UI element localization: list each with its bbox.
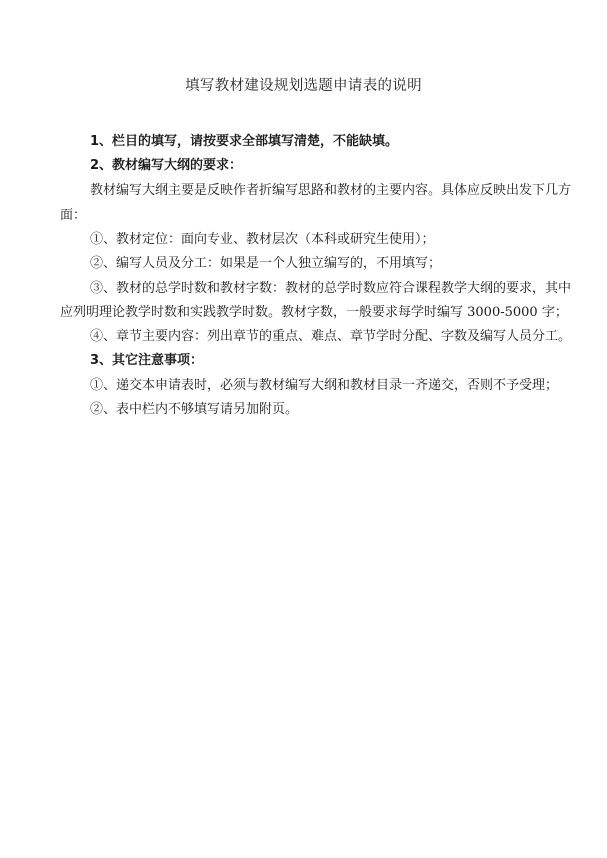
section-2-item-1: ①、教材定位：面向专业、教材层次（本科或研究生使用）； bbox=[90, 232, 435, 248]
page-title: 填写教材建设规划选题申请表的说明 bbox=[0, 74, 607, 95]
section-1-heading: 1、栏目的填写，请按要求全部填写清楚，不能缺填。 bbox=[90, 134, 398, 150]
section-2-intro-cont: 面： bbox=[60, 208, 86, 224]
section-2-item-3: ③、教材的总学时数和教材字数：教材的总学时数应符合课程教学大纲的要求，其中 bbox=[90, 281, 571, 297]
section-2-item-4: ④、章节主要内容：列出章节的重点、难点、章节学时分配、字数及编写人员分工。 bbox=[90, 329, 571, 345]
section-3-heading: 3、其它注意事项： bbox=[90, 353, 203, 369]
document-page: 填写教材建设规划选题申请表的说明 1、栏目的填写，请按要求全部填写清楚，不能缺填… bbox=[0, 0, 607, 858]
section-3-item-2: ②、表中栏内不够填写请另加附页。 bbox=[90, 402, 298, 418]
section-3-item-1: ①、递交本申请表时，必须与教材编写大纲和教材目录一齐递交，否则不予受理； bbox=[90, 378, 558, 394]
section-2-heading: 2、教材编写大纲的要求： bbox=[90, 158, 242, 174]
section-2-item-2: ②、编写人员及分工：如果是一个人独立编写的，不用填写； bbox=[90, 256, 441, 272]
section-2-item-3-cont: 应列明理论教学时数和实践教学时数。教材字数，一般要求每学时编写 3000-500… bbox=[60, 305, 568, 321]
section-2-intro: 教材编写大纲主要是反映作者折编写思路和教材的主要内容。具体应反映出发下几方 bbox=[90, 183, 571, 199]
